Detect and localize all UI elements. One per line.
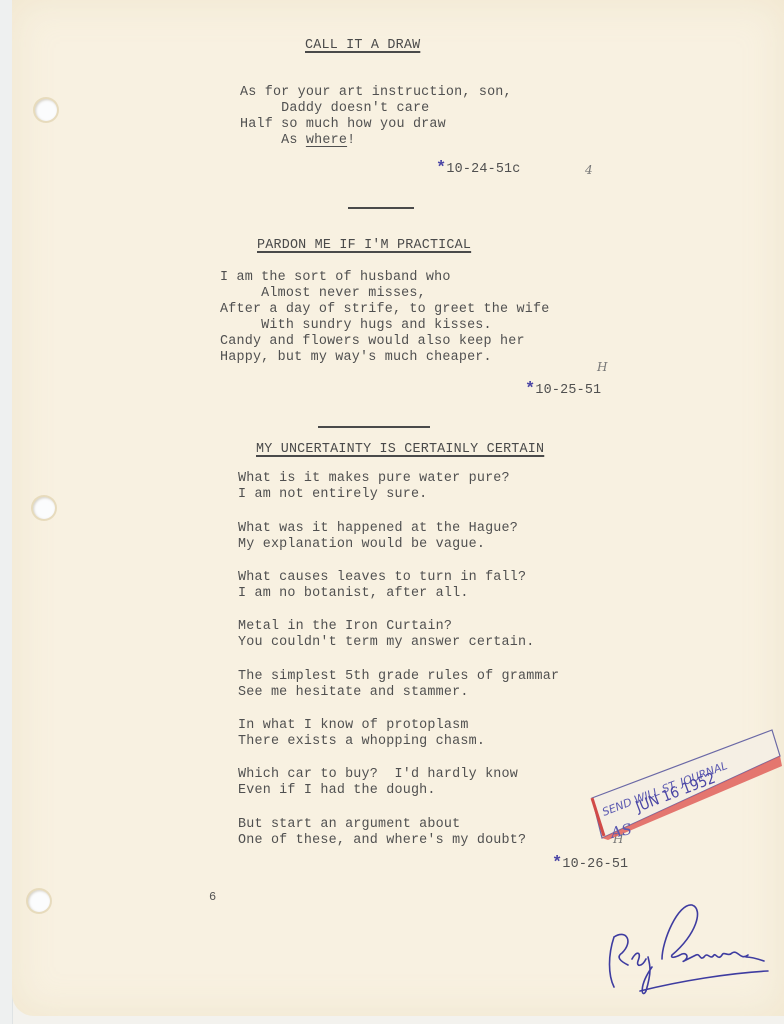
poem-line: There exists a whopping chasm.	[238, 734, 485, 750]
asterisk-mark-icon: *	[436, 159, 446, 178]
poem-line: Metal in the Iron Curtain?	[238, 619, 452, 635]
poem-line: My explanation would be vague.	[238, 537, 485, 553]
asterisk-mark-icon: *	[525, 380, 535, 399]
poem-line: You couldn't term my answer certain.	[238, 635, 535, 651]
poem-line: What was it happened at the Hague?	[238, 521, 518, 537]
section-divider	[318, 426, 430, 428]
poem-line: Candy and flowers would also keep her	[220, 334, 525, 350]
poem-line: With sundry hugs and kisses.	[220, 318, 492, 334]
stamp-initials: AS	[607, 820, 633, 840]
poem-line: I am no botanist, after all.	[238, 586, 469, 602]
punch-hole	[35, 99, 57, 121]
poem-date: *10-24-51c	[436, 161, 521, 178]
pencil-mark: 4	[585, 163, 593, 177]
date-stamp: SEND WILL ST. JOURNAL JUN 16 1952 AS	[586, 700, 782, 840]
punch-hole	[33, 497, 55, 519]
poem-title: MY UNCERTAINTY IS CERTAINLY CERTAIN	[256, 442, 544, 458]
poem-line: Which car to buy? I'd hardly know	[238, 767, 518, 783]
poem-title: PARDON ME IF I'M PRACTICAL	[257, 238, 471, 254]
poem-line: Even if I had the dough.	[238, 783, 436, 799]
date-text: 10-25-51	[535, 383, 601, 398]
poem-date: *10-25-51	[525, 382, 601, 399]
typewritten-page	[12, 0, 784, 1016]
poem-line: The simplest 5th grade rules of grammar	[238, 669, 559, 685]
signature-graphic	[600, 895, 780, 1005]
poem-line: Half so much how you draw	[240, 117, 446, 133]
stamp-graphic: SEND WILL ST. JOURNAL JUN 16 1952 AS	[586, 700, 782, 840]
poem-line: After a day of strife, to greet the wife	[220, 302, 549, 318]
punch-hole	[28, 890, 50, 912]
poem-line: In what I know of protoplasm	[238, 718, 469, 734]
poem-line: I am not entirely sure.	[238, 487, 427, 503]
poem-line: Daddy doesn't care	[240, 101, 429, 117]
emphasis-word: where	[306, 133, 347, 148]
section-divider	[348, 207, 414, 209]
poem-line: But start an argument about	[238, 817, 460, 833]
poem-line: As for your art instruction, son,	[240, 85, 512, 101]
signature: Ray Romine	[600, 895, 780, 1005]
poem-line: As where!	[240, 133, 355, 149]
emphasis-suffix: !	[347, 133, 355, 148]
date-text: 10-24-51c	[446, 162, 520, 177]
poem-line-text: As	[240, 133, 306, 148]
poem-title: CALL IT A DRAW	[305, 38, 420, 54]
asterisk-mark-icon: *	[552, 854, 562, 873]
date-text: 10-26-51	[562, 857, 628, 872]
poem-line: What causes leaves to turn in fall?	[238, 570, 526, 586]
poem-line: See me hesitate and stammer.	[238, 685, 469, 701]
page-number: 6	[209, 890, 216, 904]
poem-line: Happy, but my way's much cheaper.	[220, 350, 492, 366]
pencil-mark: H	[597, 360, 607, 374]
poem-line: I am the sort of husband who	[220, 270, 451, 286]
poem-date: *10-26-51	[552, 856, 628, 873]
poem-line: Almost never misses,	[220, 286, 426, 302]
poem-line: One of these, and where's my doubt?	[238, 833, 526, 849]
poem-line: What is it makes pure water pure?	[238, 471, 510, 487]
